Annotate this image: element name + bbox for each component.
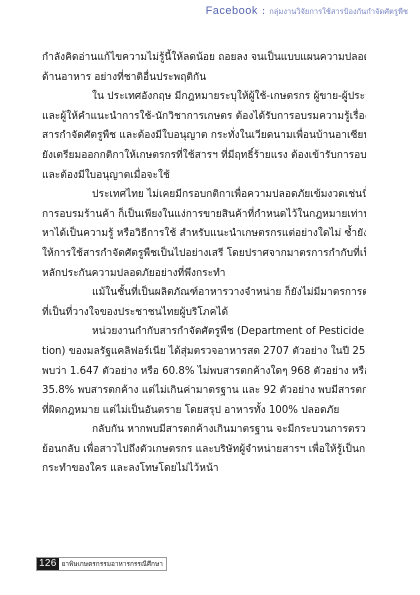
text-line: พบว่า 1.647 ตัวอย่าง หรือ 60.8% ไม่พบสาร… [42,362,366,382]
book-title: ยาพิษเกษตรกรรมอาหารกรรณีศึกษา [59,558,166,570]
text-line: tion) ของมลรัฐแคลิฟอร์เนีย ได้สุ่มตรวจอา… [42,342,366,362]
text-line: กระทำของใคร และลงโทษโดยไม่ไว้หน้า [42,459,366,479]
text-line: หลักประกันความปลอดภัยอย่างที่พึงกระทำ [42,264,366,284]
document-body: กำลังคิดอ่านแก้ไขความไม่รู้นี้ให้ลดน้อย … [42,48,366,479]
text-line: หน่วยงานกำกับสารกำจัดศัตรูพืช (Departmen… [42,322,366,342]
text-line: ย้อนกลับ เพื่อสาวไปถึงตัวเกษตรกร และบริษ… [42,440,366,460]
text-line: ยังเตรียมออกกติกาให้เกษตรกรที่ใช้สารฯ ที… [42,146,366,166]
facebook-group-name: กลุ่มงานวิจัยการใช้สารป้องกันกำจัดศัตรูพ… [269,6,408,18]
page-number: 126 [37,558,59,570]
text-line: 35.8% พบสารตกค้าง แต่ไม่เกินค่ามาตรฐาน แ… [42,381,366,401]
header-separator: : [262,6,265,17]
text-line: ใน ประเทศอังกฤษ มีกฎหมายระบุให้ผู้ใช้-เก… [42,87,366,107]
page-footer: 126 ยาพิษเกษตรกรรมอาหารกรรณีศึกษา [36,557,167,571]
text-line: ที่เป็นที่วางใจของประชาชนไทยผู้บริโภคได้ [42,303,366,323]
text-line: ประเทศไทย ไม่เคยมีกรอบกติกาเพื่อความปลอด… [42,185,366,205]
page-header: Facebook : กลุ่มงานวิจัยการใช้สารป้องกัน… [206,5,408,21]
text-line: กลับกัน หากพบมีสารตกค้างเกินมาตรฐาน จะมี… [42,420,366,440]
facebook-label: Facebook [206,5,258,17]
text-line: ที่ผิดกฎหมาย แต่ไม่เป็นอันตราย โดยสรุป อ… [42,401,366,421]
text-line: หาได้เป็นความรู้ หรือวิธีการใช้ สำหรับแน… [42,224,366,244]
text-line: ด้านอาหาร อย่างที่ชาติอื่นประพฤติกัน [42,68,366,88]
text-line: ให้การใช้สารกำจัดศัตรูพืชเป็นไปอย่างเสรี… [42,244,366,264]
text-line: กำลังคิดอ่านแก้ไขความไม่รู้นี้ให้ลดน้อย … [42,48,366,68]
text-line: การอบรมร้านค้า ก็เป็นเพียงในแง่การขายสิน… [42,205,366,225]
text-line: สารกำจัดศัตรูพืช และต้องมีใบอนุญาต กระทั… [42,126,366,146]
text-line: และต้องมีใบอนุญาตเมื่อจะใช้ [42,166,366,186]
text-line: และผู้ให้คำแนะนำการใช้-นักวิชาการเกษตร ต… [42,107,366,127]
text-line: แม้ในชั้นที่เป็นผลิตภัณฑ์อาหารวางจำหน่าย… [42,283,366,303]
